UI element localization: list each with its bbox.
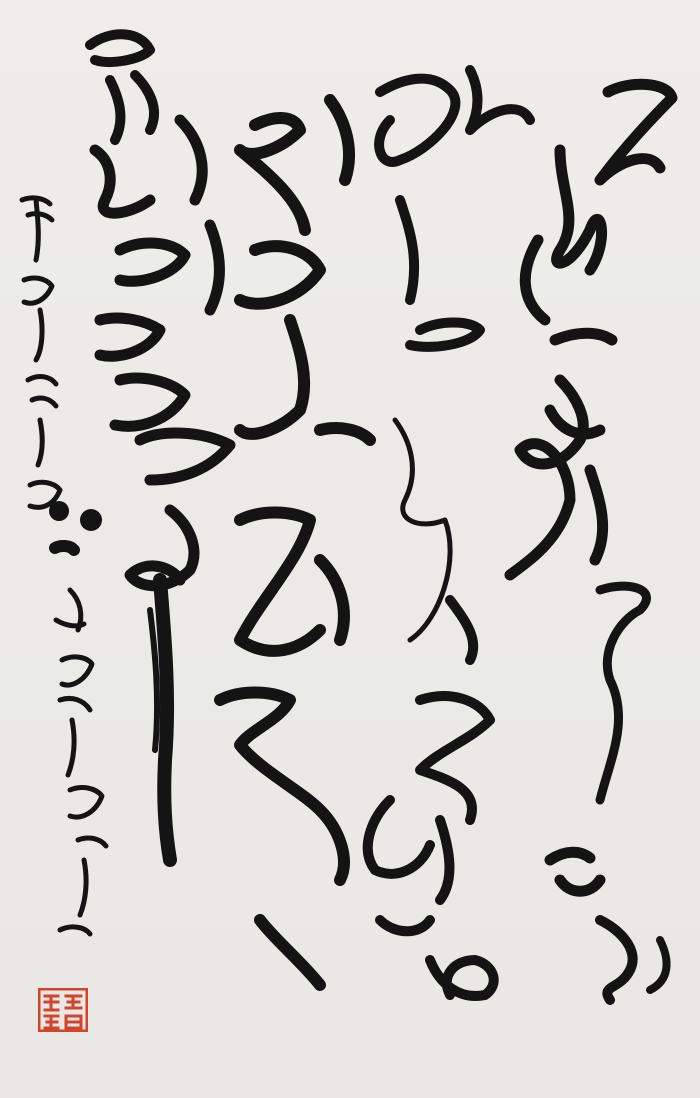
calligraphy-paper [0, 0, 700, 1098]
red-seal-stamp [38, 988, 88, 1032]
calligraphy-brushwork [0, 0, 700, 1098]
